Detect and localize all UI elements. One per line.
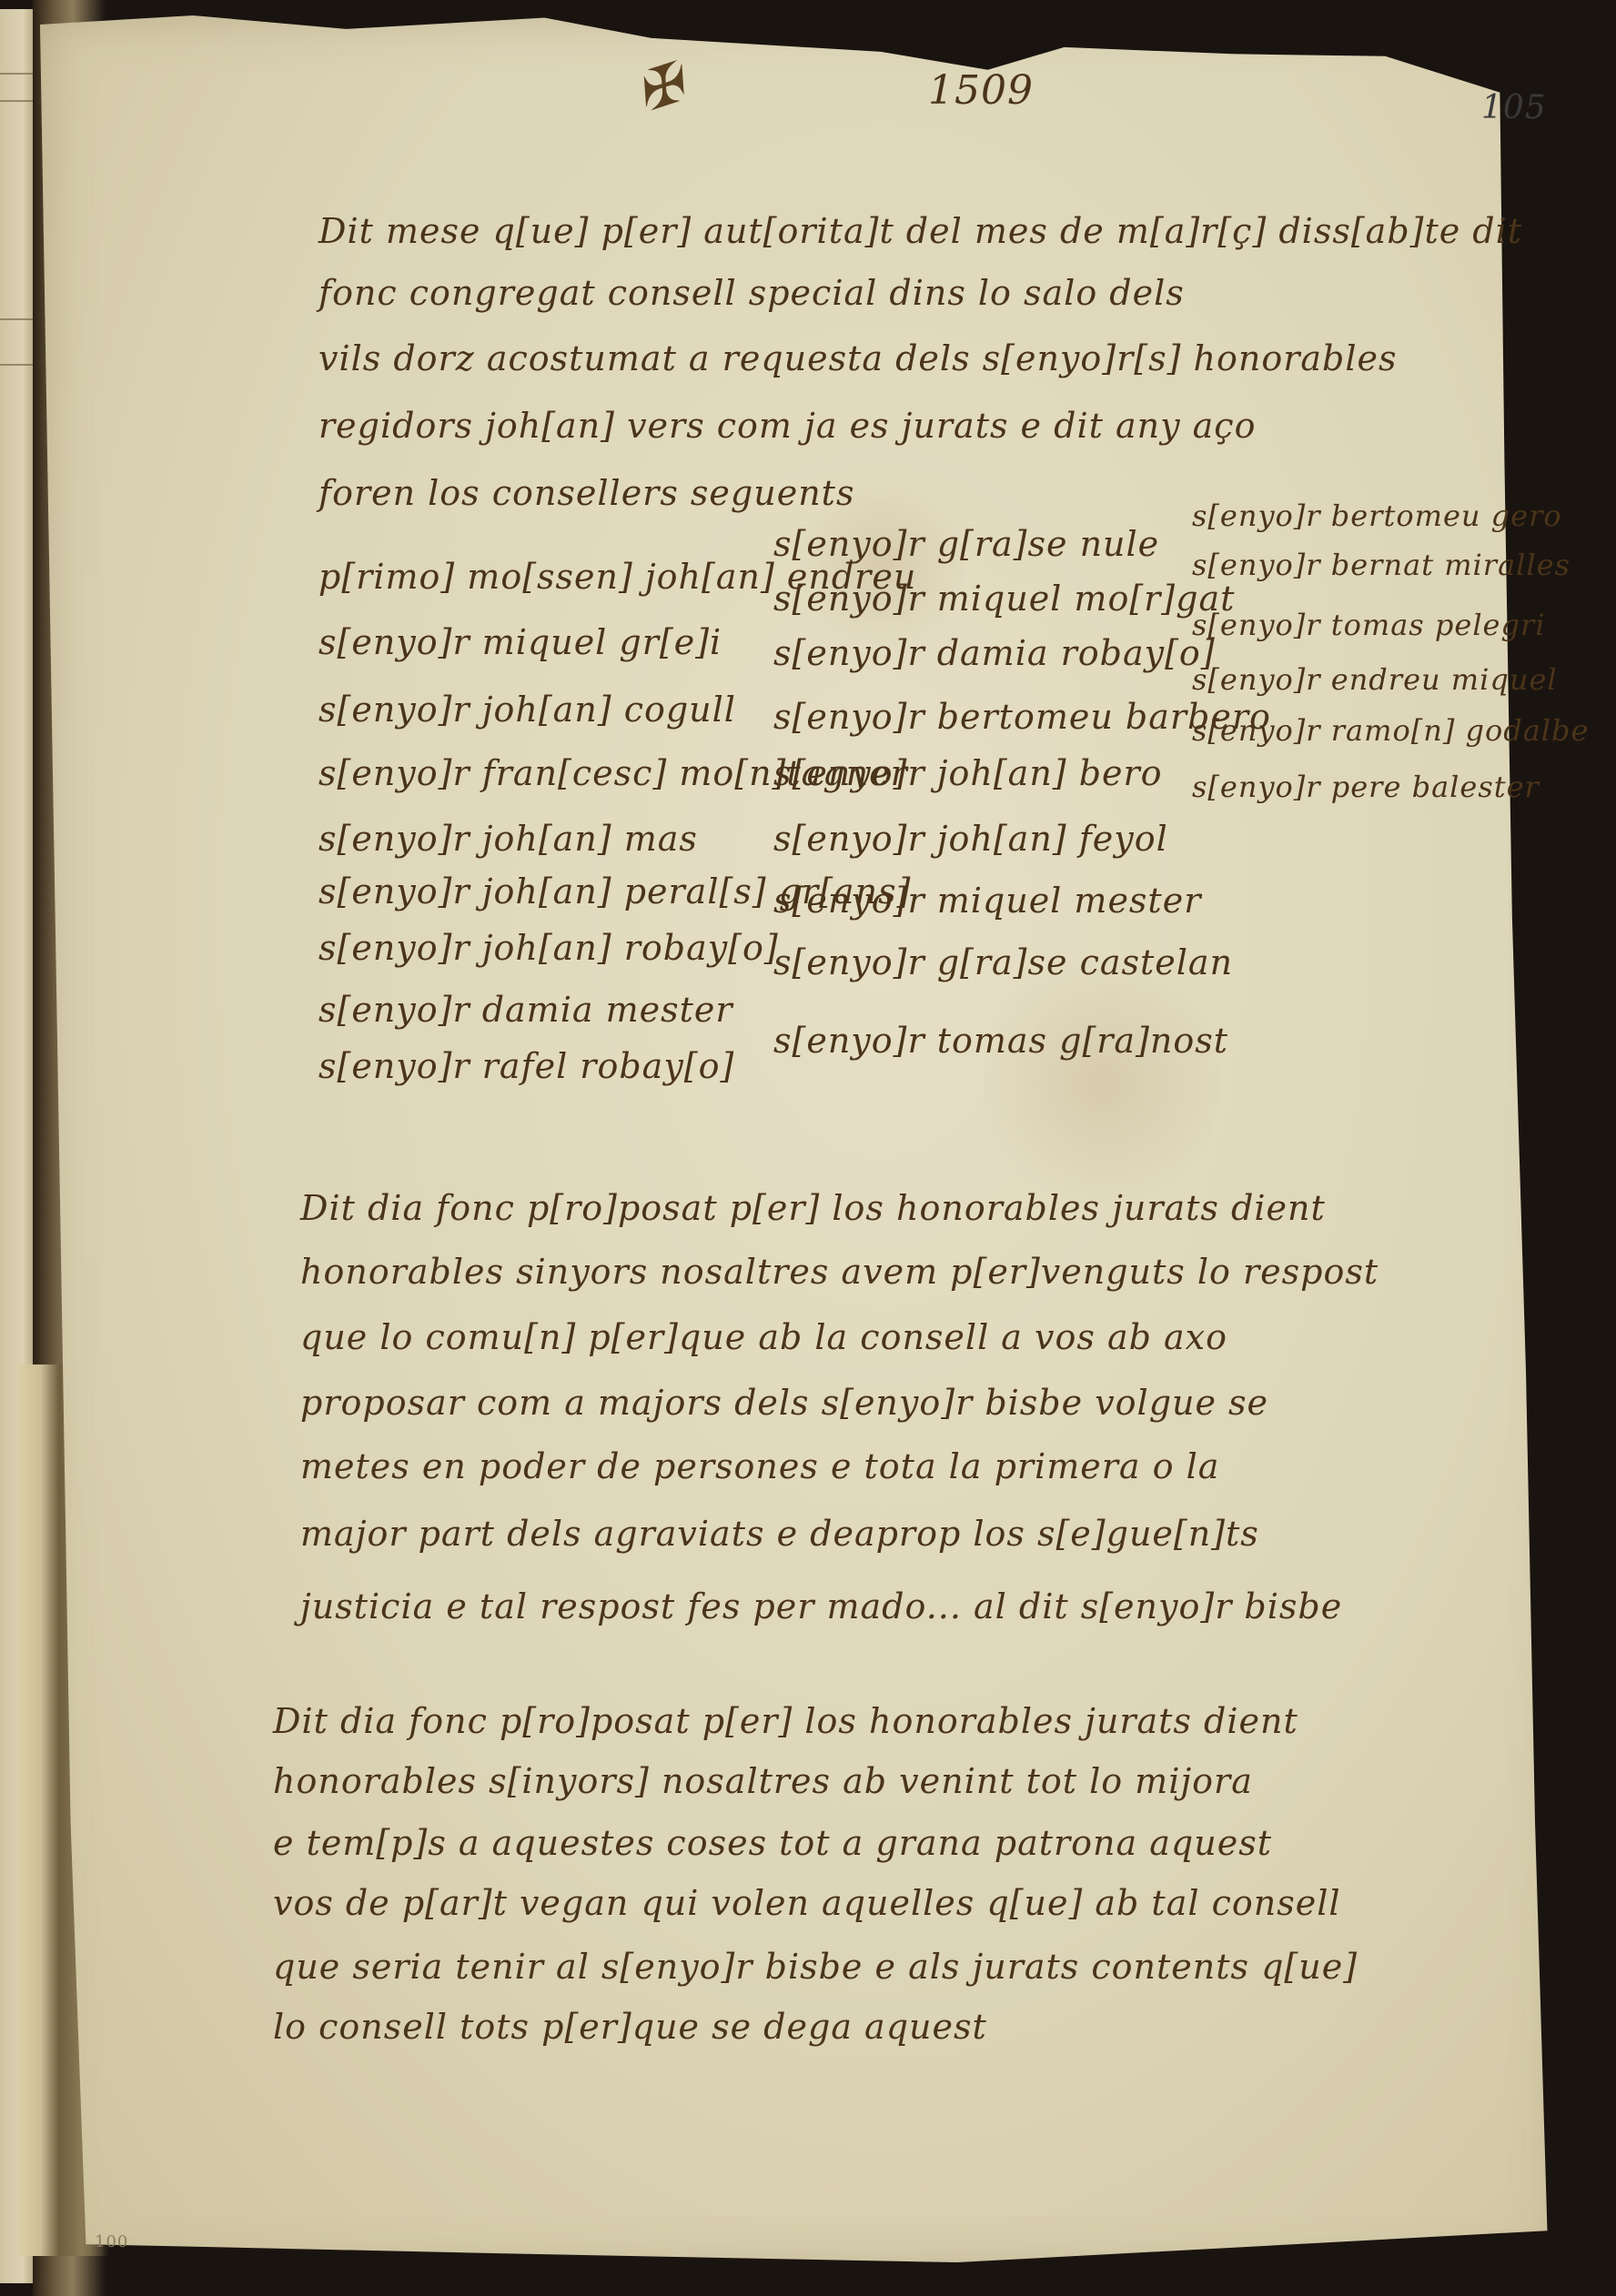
ruling-line <box>0 364 33 366</box>
folio-number: 105 <box>1481 89 1547 126</box>
attendee-name: s[enyo]r ramo[n] godalbe <box>1192 713 1589 748</box>
ruling-line <box>0 100 33 102</box>
text-line: lo consell tots p[er]que se dega aquest <box>273 2007 987 2047</box>
attendee-name: s[enyo]r damia robay[o] <box>773 633 1216 673</box>
attendee-name: s[enyo]r bertomeu gero <box>1192 498 1562 533</box>
attendee-name: s[enyo]r tomas pelegri <box>1192 608 1546 642</box>
attendee-name: s[enyo]r joh[an] bero <box>773 753 1163 793</box>
attendee-name: s[enyo]r g[ra]se nule <box>773 524 1159 564</box>
attendee-name: s[enyo]r joh[an] cogull <box>318 690 736 730</box>
ruling-line <box>0 73 33 75</box>
text-line: regidors joh[an] vers com ja es jurats e… <box>318 406 1256 446</box>
text-line: que lo comu[n] p[er]que ab la consell a … <box>300 1317 1227 1357</box>
text-line: Dit dia fonc p[ro]posat p[er] los honora… <box>273 1701 1298 1741</box>
ruling-line <box>0 318 33 320</box>
text-line: Dit dia fonc p[ro]posat p[er] los honora… <box>300 1188 1326 1228</box>
attendee-name: s[enyo]r rafel robay[o] <box>318 1046 734 1086</box>
attendee-name: s[enyo]r miquel mester <box>773 881 1201 921</box>
attendee-name: s[enyo]r miquel gr[e]i <box>318 622 722 662</box>
attendee-name: s[enyo]r joh[an] mas <box>318 819 698 859</box>
year-heading: 1509 <box>928 67 1034 114</box>
text-line: fonc congregat consell special dins lo s… <box>318 273 1185 313</box>
attendee-name: s[enyo]r joh[an] feyol <box>773 819 1168 859</box>
attendee-name: s[enyo]r endreu miquel <box>1192 662 1558 697</box>
text-line: e tem[p]s a aquestes coses tot a grana p… <box>273 1823 1272 1863</box>
attendee-name: s[enyo]r pere balester <box>1192 770 1540 804</box>
text-line: honorables sinyors nosaltres avem p[er]v… <box>300 1252 1379 1292</box>
text-line: justicia e tal respost fes per mado... a… <box>300 1586 1342 1626</box>
text-line: foren los consellers seguents <box>318 473 854 513</box>
text-line: Dit mese q[ue] p[er] aut[orita]t del mes… <box>318 211 1522 251</box>
text-line: honorables s[inyors] nosaltres ab venint… <box>273 1761 1253 1801</box>
text-line: vos de p[ar]t vegan qui volen aquelles q… <box>273 1883 1341 1923</box>
paper-stain <box>983 946 1219 1219</box>
attendee-name: s[enyo]r tomas g[ra]nost <box>773 1021 1228 1061</box>
attendee-name: s[enyo]r joh[an] robay[o] <box>318 928 779 968</box>
text-line: major part dels agraviats e deaprop los … <box>300 1514 1259 1554</box>
archive-stamp: 100 <box>95 2232 128 2251</box>
text-line: metes en poder de persones e tota la pri… <box>300 1446 1219 1486</box>
text-line: vils dorz acostumat a requesta dels s[en… <box>318 338 1398 378</box>
attendee-name: s[enyo]r damia mester <box>318 990 733 1030</box>
attendee-name: s[enyo]r bernat miralles <box>1192 548 1571 582</box>
attendee-name: s[enyo]r miquel mo[r]gat <box>773 579 1235 619</box>
text-line: proposar com a majors dels s[enyo]r bisb… <box>300 1383 1268 1423</box>
text-line: que seria tenir al s[enyo]r bisbe e als … <box>273 1947 1358 1987</box>
attendee-name: s[enyo]r g[ra]se castelan <box>773 942 1233 982</box>
